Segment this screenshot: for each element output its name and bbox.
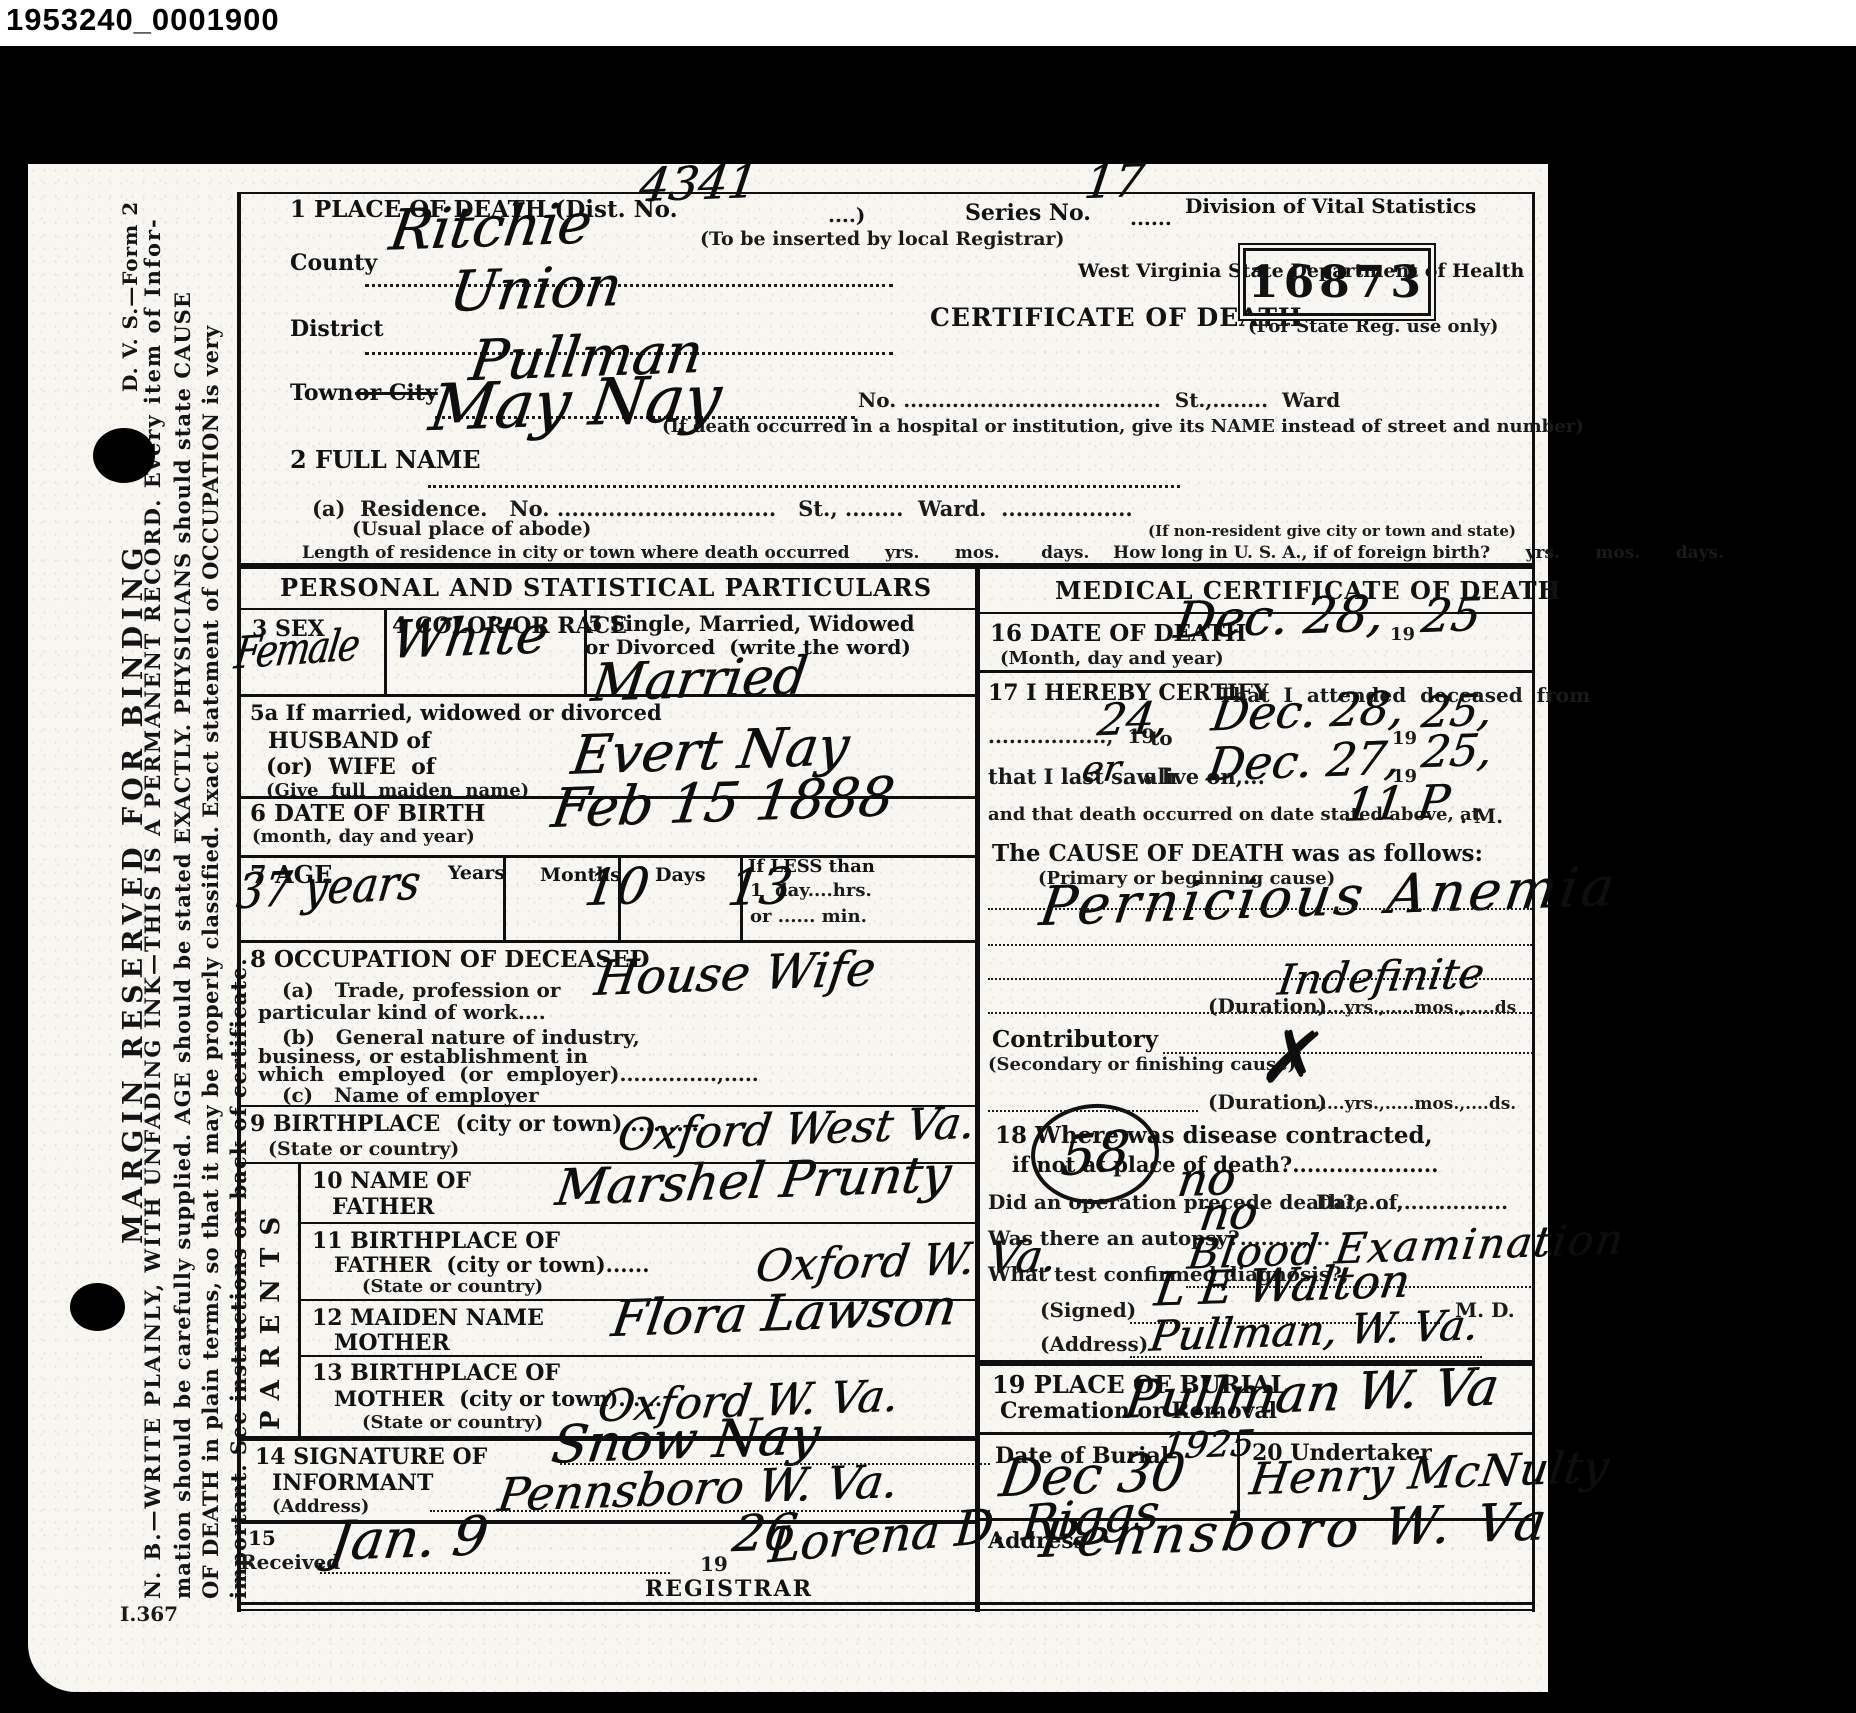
age-days-value: 13: [724, 861, 795, 913]
series-dots: ......: [1130, 208, 1172, 229]
dob-value: Feb 15 1888: [548, 770, 897, 836]
state-reg-note: (For State Reg. use only): [1248, 318, 1498, 337]
mother-bp-label3: (State or country): [362, 1414, 543, 1433]
cause-line: [988, 944, 1532, 946]
contributory-line2: [988, 1110, 1198, 1112]
father-bp-label1: 11 BIRTHPLACE OF: [312, 1230, 560, 1253]
form-rule: [975, 670, 1535, 673]
undertaker-address-value: Pennsboro W. Va: [1036, 1496, 1554, 1566]
registrar-label: REGISTRAR: [645, 1578, 813, 1601]
age-years-label: Years: [448, 864, 505, 884]
burial-date-value: Dec 30: [996, 1447, 1188, 1506]
spouse-label-line2: HUSBAND of: [268, 730, 431, 753]
county-entry-line: [365, 284, 893, 287]
form-rule: [584, 610, 587, 694]
duration2-label: (Duration): [1208, 1092, 1327, 1113]
scan-document-id: 1953240_0001900: [6, 2, 280, 38]
full-name-entry-line: [428, 485, 1180, 488]
occupation-value: House Wife: [592, 945, 879, 1003]
punch-hole-icon: [93, 428, 155, 483]
county-label: County: [290, 252, 377, 275]
contributory-sub: (Secondary or finishing cause): [988, 1056, 1296, 1075]
insert-note: (To be inserted by local Registrar): [700, 230, 1065, 250]
scanned-death-certificate: 1953240_0001900 MARGIN RESERVED FOR BIND…: [0, 0, 1856, 1713]
length-residence-line: Length of residence in city or town wher…: [302, 545, 1724, 563]
dod-month-day: Dec. 28,: [1172, 588, 1388, 646]
marital-label-line1: 5 Single, Married, Widowed: [588, 613, 915, 635]
scan-header-strip: 1953240_0001900: [0, 0, 1856, 46]
informant-label1: 14 SIGNATURE OF: [255, 1446, 487, 1469]
full-name-label: 2 FULL NAME: [290, 447, 481, 472]
occupation-a2: particular kind of work....: [258, 1002, 546, 1023]
certificate-number-box: 16873: [1243, 248, 1431, 316]
age-years-value: 37 years: [234, 858, 423, 916]
abode-note: (Usual place of abode): [352, 520, 591, 540]
mother-bp-label1: 13 BIRTHPLACE OF: [312, 1362, 560, 1385]
town-or-city-struck: or City: [355, 382, 438, 405]
burial-place-value: Pullman W. Va: [1121, 1361, 1501, 1426]
dod-year-prefix: 19: [1390, 626, 1415, 645]
parents-side-label: PARENTS: [256, 1205, 286, 1430]
duration-units: .....yrs.,.....mos.,.....ds: [1315, 1000, 1516, 1018]
occupation-c: (c) Name of employer: [282, 1085, 539, 1106]
certificate-number: 16873: [1248, 257, 1426, 308]
father-name-label1: 10 NAME OF: [312, 1170, 471, 1193]
informant-label2: INFORMANT: [272, 1472, 433, 1495]
form-rule: [298, 1222, 975, 1224]
occupation-b3: which employed (or employer)............…: [258, 1064, 759, 1085]
margin-nb-line1: N. B.—WRITE PLAINLY, WITH UNFADING INK—T…: [140, 217, 165, 1599]
certify-to-date: Dec. 28,: [1209, 685, 1408, 738]
father-bp-label3: (State or country): [362, 1278, 543, 1297]
form-rule: [975, 563, 980, 1612]
received-num: 15: [248, 1528, 276, 1549]
nonresident-note: (If non-resident give city or town and s…: [1148, 524, 1516, 540]
personal-title: PERSONAL AND STATISTICAL PARTICULARS: [280, 575, 932, 600]
occupation-a1: (a) Trade, profession or: [282, 980, 560, 1001]
division-label: Division of Vital Statistics: [1185, 196, 1476, 217]
series-no-value: 17: [1082, 157, 1147, 205]
form-rule: [237, 1609, 1535, 1611]
dob-label-line1: 6 DATE OF BIRTH: [250, 802, 485, 826]
residence-label: (a) Residence. No. .....................…: [312, 498, 1133, 520]
street-ward-label: No. ....................................…: [858, 390, 1340, 411]
father-name-value: Marshel Prunty: [553, 1149, 954, 1213]
mother-name-value: Flora Lawson: [609, 1282, 960, 1344]
county-value: Ritchie: [386, 196, 595, 259]
physician-address-label: (Address): [1040, 1334, 1148, 1355]
form-rule: [237, 694, 975, 697]
form-rule: [384, 610, 387, 694]
form-rule: [618, 855, 621, 940]
received-date: Jan. 9: [326, 1509, 491, 1569]
physician-address-value: Pullman, W. Va.: [1147, 1304, 1481, 1358]
duration-value: Indefinite: [1275, 952, 1486, 1001]
margin-nb-line3: OF DEATH in plain terms, so that it may …: [198, 325, 223, 1599]
margin-form-ref: D. V. S.—Form 2: [118, 201, 142, 392]
form-rule: [237, 563, 1535, 569]
race-value: White: [388, 609, 551, 667]
district-value: Union: [446, 259, 625, 321]
certify-to-label: to: [1150, 728, 1173, 749]
spouse-label-line3: (or) WIFE of: [266, 756, 435, 779]
contributory-label: Contributory: [992, 1028, 1158, 1052]
signed-label: (Signed): [1040, 1300, 1136, 1321]
received-year-prefix: 19: [700, 1554, 728, 1575]
print-code: I.367: [120, 1604, 178, 1625]
spouse-label-line1: 5a If married, widowed or divorced: [250, 702, 662, 724]
occupation-label: 8 OCCUPATION OF DECEASED: [250, 948, 649, 972]
death-time-value: 11 P: [1342, 778, 1453, 828]
undertaker-name-value: Henry McNulty: [1247, 1446, 1612, 1503]
form-rule: [298, 1355, 975, 1357]
last-saw-her: er: [1079, 751, 1123, 789]
dob-label-line2: (month, day and year): [252, 828, 475, 847]
birthplace-label2: (State or country): [268, 1140, 459, 1160]
form-rule: [237, 608, 975, 610]
last-saw-year: 25,: [1419, 729, 1495, 776]
series-no-label: Series No.: [965, 202, 1091, 225]
form-rule: [740, 855, 743, 940]
cause-line: [988, 908, 1532, 910]
hospital-note: (If death occurred in a hospital or inst…: [662, 418, 1584, 437]
mother-name-label2: MOTHER: [334, 1332, 450, 1355]
punch-hole-icon: [70, 1283, 125, 1331]
form-rule: [503, 855, 506, 940]
district-number-value: 4341: [637, 158, 761, 208]
place-of-death-dots: ....): [828, 205, 865, 226]
father-bp-label2: FATHER (city or town)......: [334, 1254, 650, 1276]
sex-value: Female: [232, 623, 361, 676]
q18-line1: 18 Where was disease contracted,: [995, 1124, 1433, 1148]
dod-year: 25: [1419, 591, 1484, 639]
age-months-value: 10: [581, 861, 652, 913]
operation-date-label: Date of,...............: [1316, 1192, 1508, 1213]
district-label: District: [290, 318, 384, 341]
town-label: Town: [290, 382, 353, 405]
received-date-line: [320, 1572, 670, 1574]
form-rule: [237, 1602, 1535, 1605]
duration2-units: .....yrs.,.....mos.,....ds.: [1315, 1096, 1516, 1114]
dod-label2: (Month, day and year): [1000, 650, 1224, 669]
margin-nb-line2: mation should be carefully supplied. AGE…: [170, 291, 195, 1599]
father-name-label2: FATHER: [332, 1196, 434, 1219]
death-time-m-label: . M.: [1460, 806, 1503, 827]
full-name-value: May Nay: [426, 367, 725, 441]
age-days-label: Days: [655, 866, 706, 886]
certificate-page: MARGIN RESERVED FOR BINDING N. B.—WRITE …: [28, 164, 1548, 1692]
mother-name-label1: 12 MAIDEN NAME: [312, 1307, 544, 1330]
